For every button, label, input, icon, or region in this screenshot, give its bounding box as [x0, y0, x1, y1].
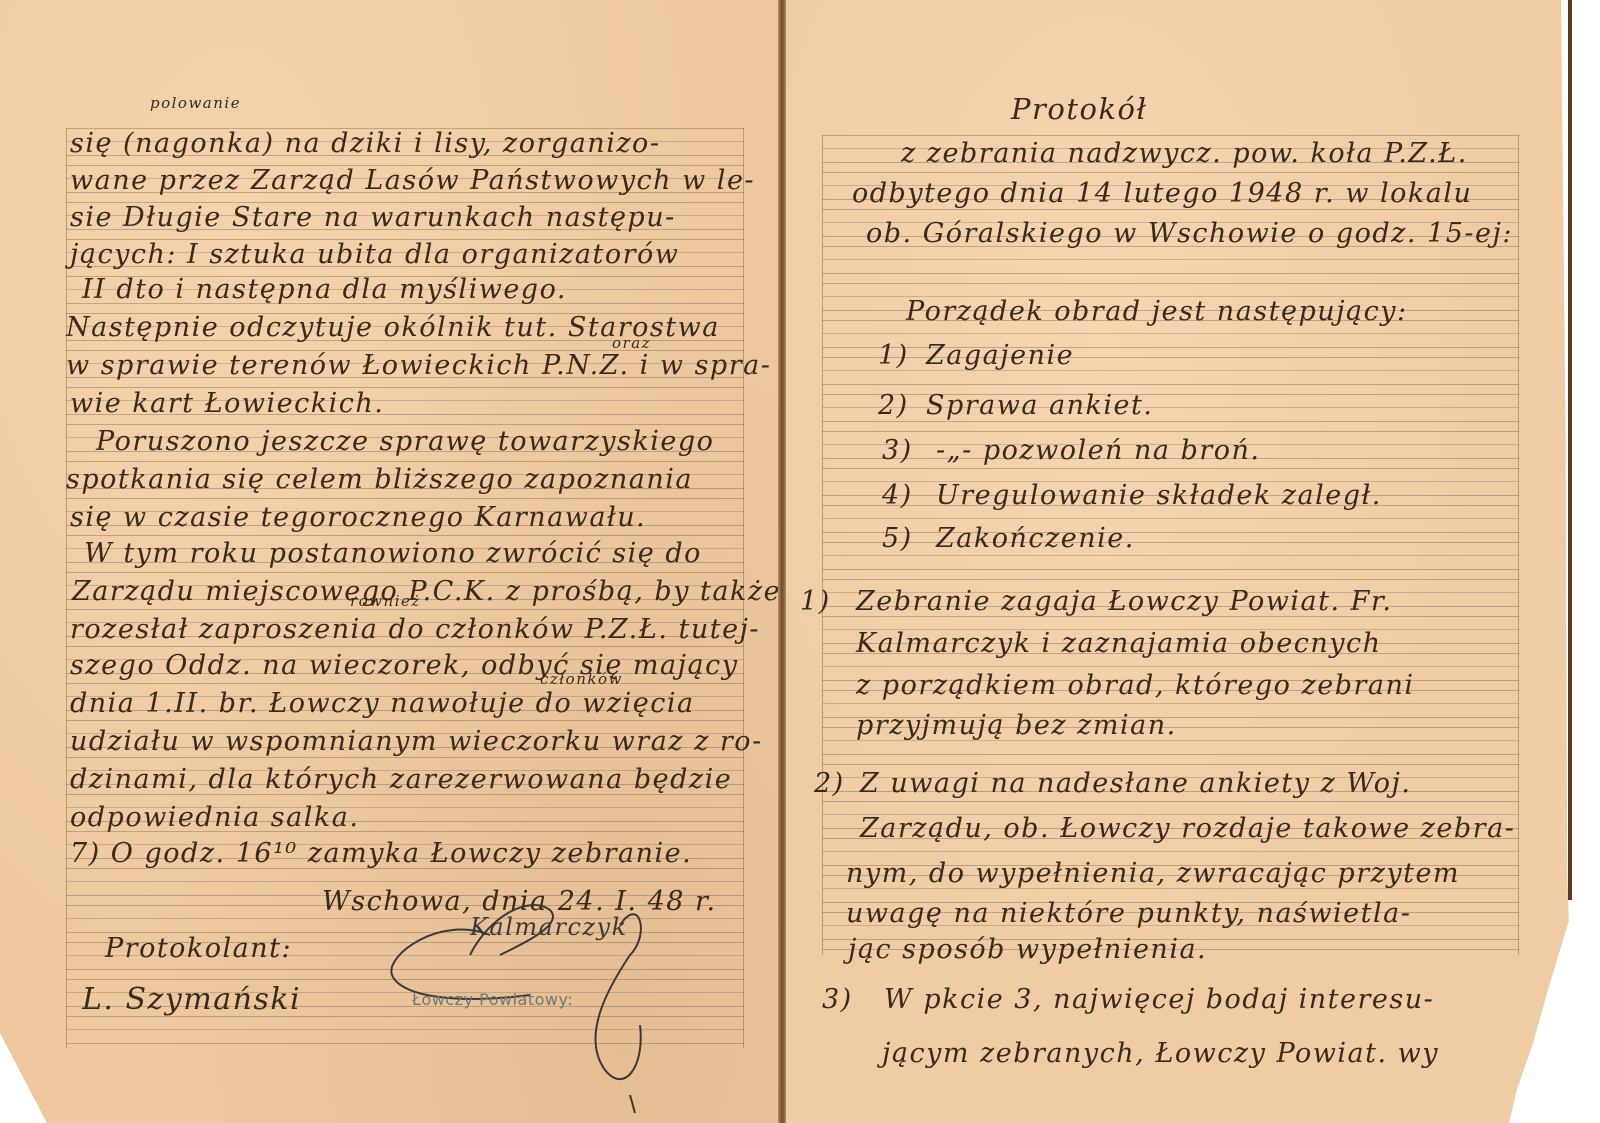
intro-line: odbytego dnia 14 lutego 1948 r. w lokalu	[852, 180, 1472, 207]
minutes-line: Z uwagi na nadesłane ankiety z Woj.	[860, 770, 1412, 797]
left-page: polowanie się (nagonka) na dziki i lisy,…	[0, 0, 782, 1123]
agenda-heading: Porządek obrad jest następujący:	[906, 298, 1408, 325]
text-line: sie Długie Stare na warunkach następu-	[70, 204, 676, 231]
agenda-item: Sprawa ankiet.	[926, 392, 1153, 419]
intro-line: ob. Góralskiego w Wschowie o godz. 15-ej…	[866, 220, 1513, 247]
minutes-line: przyjmują bez zmian.	[856, 712, 1177, 739]
agenda-item: -„- pozwoleń na broń.	[936, 437, 1261, 464]
text-line: się w czasie tegorocznego Karnawału.	[70, 504, 646, 531]
minutes-line: Kalmarczyk i zaznajamia obecnych	[856, 630, 1381, 657]
text-line: W tym roku postanowiono zwrócić się do	[84, 540, 702, 567]
text-line: udziału w wspomnianym wieczorku wraz z r…	[70, 728, 763, 755]
agenda-item-num: 4)	[882, 482, 913, 509]
text-line: Poruszono jeszcze sprawę towarzyskiego	[96, 428, 714, 455]
agenda-item-num: 2)	[878, 392, 909, 419]
text-line: jących: I sztuka ubita dla organizatorów	[70, 241, 679, 268]
agenda-item-num: 3)	[882, 437, 913, 464]
text-line: wane przez Zarząd Lasów Państwowych w le…	[70, 167, 755, 194]
agenda-item: Zagajenie	[926, 342, 1074, 369]
text-line: dnia 1.II. br. Łowczy nawołuje do wzięci…	[70, 690, 695, 717]
minutes-line: jącym zebranych, Łowczy Powiat. wy	[882, 1040, 1439, 1067]
text-line: dzinami, dla których zarezerwowana będzi…	[70, 766, 732, 793]
minutes-line: nym, do wypełnienia, zwracając przytem	[846, 860, 1460, 887]
minutes-line: z porządkiem obrad, którego zebrani	[856, 672, 1415, 699]
text-line: spotkania się celem bliższego zapoznania	[66, 466, 693, 493]
minutes-num: 1)	[800, 588, 831, 615]
text-line: odpowiednia salka.	[70, 804, 359, 831]
minutes-line: jąc sposób wypełnienia.	[848, 936, 1207, 963]
intro-line: z zebrania nadzwycz. pow. koła P.Z.Ł.	[901, 140, 1468, 167]
text-line: się (nagonka) na dziki i lisy, zorganizo…	[70, 130, 660, 157]
stamp-lowczy-powiatowy: Łowczy Powiatowy:	[412, 990, 573, 1009]
chairman-signature-text: Kalmarczyk	[470, 915, 628, 939]
agenda-item: Uregulowanie składek zaległ.	[936, 482, 1382, 509]
interlinear-note: oraz	[612, 336, 651, 351]
minutes-line: Zebranie zagaja Łowczy Powiat. Fr.	[856, 588, 1392, 615]
minutes-line: uwagę na niektóre punkty, naświetla-	[846, 900, 1411, 927]
text-line: w sprawie terenów Łowieckich P.N.Z. i w …	[66, 352, 771, 379]
interlinear-note: również	[350, 594, 421, 609]
text-line: 7) O godz. 16¹⁰ zamyka Łowczy zebranie.	[70, 840, 692, 867]
agenda-item: Zakończenie.	[936, 525, 1135, 552]
notebook-spread: polowanie się (nagonka) na dziki i lisy,…	[0, 0, 1600, 1123]
minutes-num: 3)	[822, 986, 853, 1013]
text-line: II dto i następna dla myśliwego.	[82, 276, 567, 303]
page-edge	[1568, 0, 1572, 900]
minutes-line: W pkcie 3, najwięcej bodaj interesu-	[884, 986, 1434, 1013]
right-page: Protokół z zebrania nadzwycz. pow. koła …	[786, 0, 1572, 1123]
protokolant-label: Protokolant:	[105, 935, 292, 962]
text-line: szego Oddz. na wieczorek, odbyć się mają…	[70, 652, 738, 679]
minutes-num: 2)	[814, 770, 845, 797]
protokolant-signature: L. Szymański	[82, 985, 301, 1015]
text-line: rozesłał zaproszenia do członków P.Z.Ł. …	[70, 616, 760, 643]
text-line: Zarządu miejscowego P.C.K. z prośbą, by …	[72, 578, 781, 605]
minutes-line: Zarządu, ob. Łowczy rozdaje takowe zebra…	[860, 815, 1515, 842]
interlinear-note: członków	[540, 672, 623, 687]
agenda-item-num: 5)	[882, 525, 913, 552]
agenda-item-num: 1)	[878, 342, 909, 369]
page-title: Protokół	[1011, 95, 1147, 124]
text-line: wie kart Łowieckich.	[70, 390, 384, 417]
insertion-note: polowanie	[150, 96, 241, 111]
